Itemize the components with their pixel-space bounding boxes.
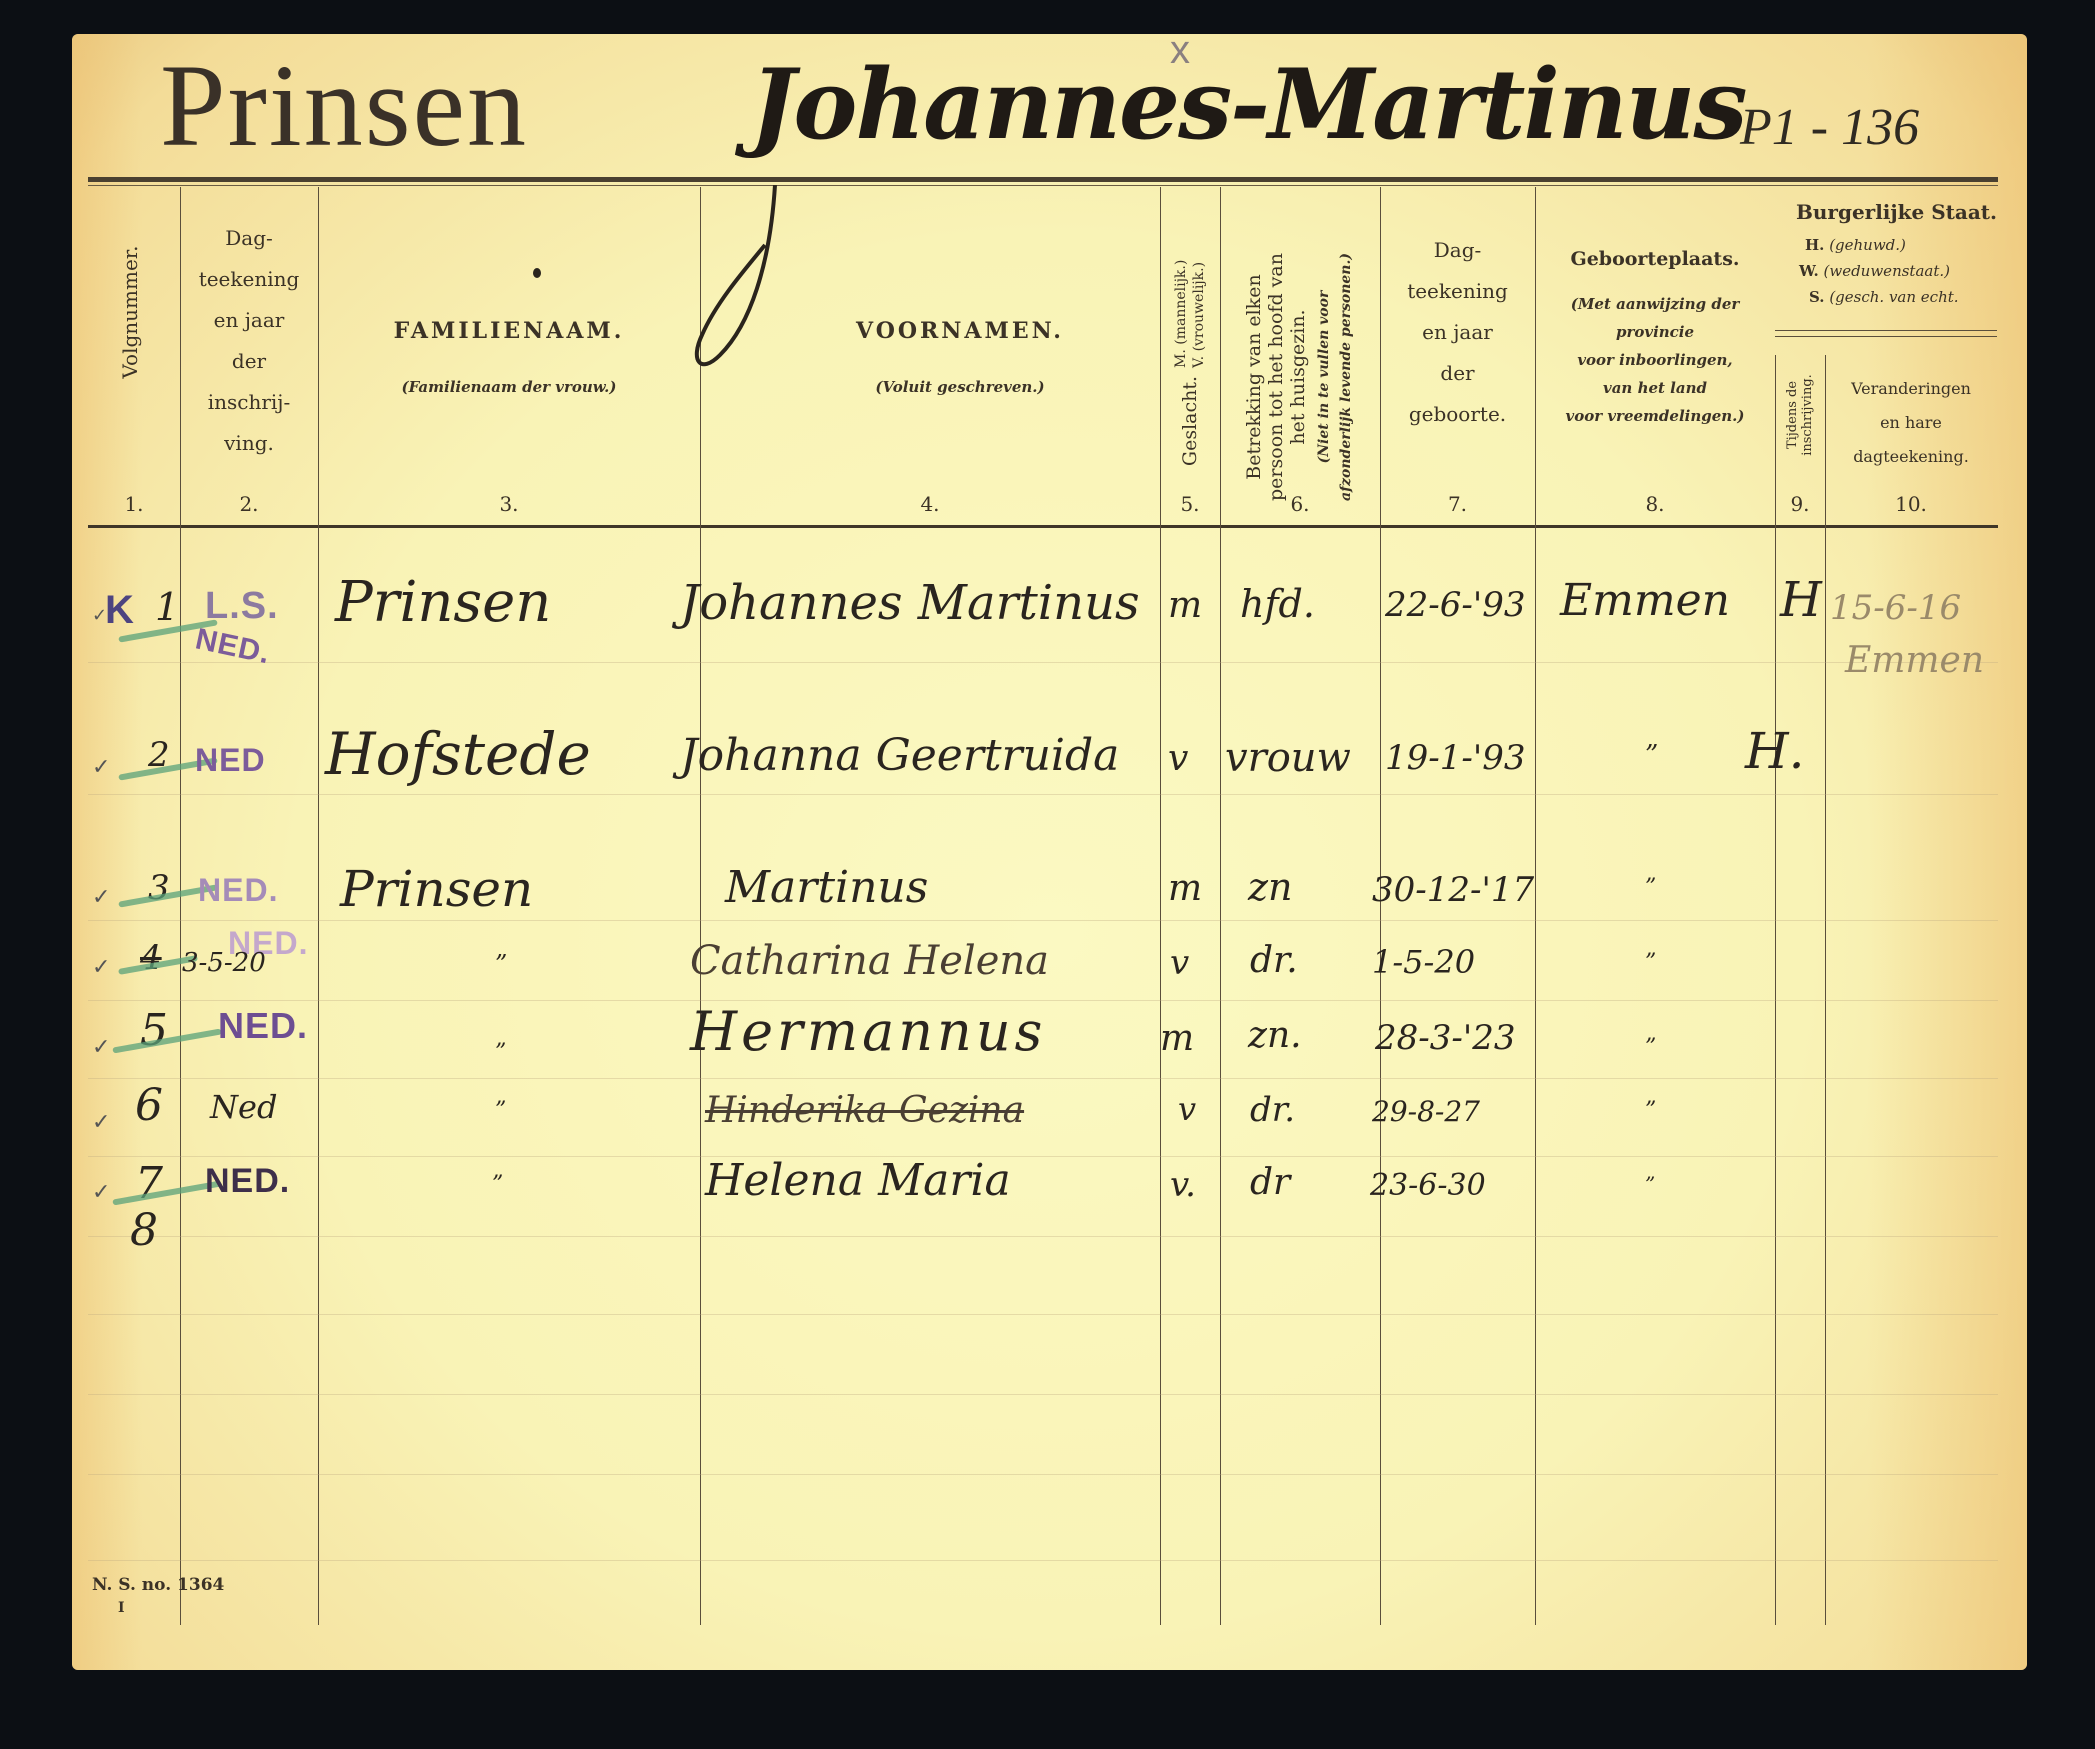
row-4-voornamen: Catharina Helena (690, 938, 1049, 984)
row-1-staat: H (1780, 572, 1822, 628)
row-5-geboorteplaats: ” (1645, 1035, 1656, 1060)
row-3-geslacht: m (1168, 868, 1202, 909)
row-1-veranderingen: 15-6-16 (1830, 588, 1961, 628)
header-top-rule-thin (88, 185, 1998, 186)
row-2-geslacht: v (1168, 738, 1188, 779)
form-number-sub: I (118, 1600, 125, 1616)
row-7-geslacht: v. (1170, 1165, 1196, 1205)
row-3-check: ✓ (92, 885, 110, 910)
row-1-betrekking: hfd. (1240, 582, 1315, 626)
row-1-veranderingen-note: Emmen (1845, 640, 1984, 681)
row-4-familienaam: ” (495, 950, 507, 978)
row-7-ned-stamp: NED. (205, 1162, 290, 1201)
column-divider (1775, 355, 1776, 1625)
header-burgerlijke-staat: Burgerlijke Staat. (1775, 200, 2001, 224)
row-1-geslacht: m (1168, 585, 1202, 626)
header-num-3: 3. (318, 492, 700, 516)
row-7-voornamen: Helena Maria (705, 1155, 1011, 1206)
header-veranderingen: Veranderingen en hare dagteekening. (1825, 372, 1997, 474)
header-num-1: 1. (88, 492, 180, 516)
header-voornamen: VOORNAMEN. (760, 318, 1160, 344)
header-bottom-rule (88, 525, 1998, 528)
header-num-5: 5. (1160, 492, 1220, 516)
header-geslacht: Geslacht. (1179, 361, 1201, 481)
row-6-geboorteplaats: ” (1645, 1098, 1656, 1123)
header-dagteekening-geboorte: Dag- teekening en jaar der geboorte. (1380, 230, 1535, 435)
card-reference: P1 - 136 (1740, 98, 1919, 157)
header-num-7: 7. (1380, 492, 1535, 516)
column-divider (1160, 187, 1161, 1625)
row-3-familienaam: Prinsen (340, 860, 533, 918)
row-1-volgnummer: 1 (155, 585, 179, 629)
header-familienaam-sub: (Familienaam der vrouw.) (318, 378, 700, 396)
header-num-10: 10. (1825, 492, 1997, 516)
row-7-betrekking: dr (1250, 1162, 1290, 1203)
row-2-voornamen: Johanna Geertruida (680, 730, 1119, 781)
row-1-geboorteplaats: Emmen (1560, 575, 1730, 626)
header-burgerlijke-staat-legend: H. (gehuwd.) W. (weduwenstaat.) S. (gesc… (1785, 232, 1997, 310)
row-3-geboorteplaats: ” (1645, 875, 1656, 900)
header-voornamen-sub: (Voluit geschreven.) (760, 378, 1160, 396)
column-divider (1220, 187, 1221, 1625)
row-4-volgnummer: 4 (140, 938, 162, 978)
row-6-inschrijving: Ned (210, 1088, 277, 1126)
row-3-ned-stamp: NED. (198, 872, 278, 909)
row-6-volgnummer: 6 (135, 1080, 163, 1131)
row-3-betrekking: zn (1248, 865, 1293, 909)
row-5-ned-stamp: NED. (218, 1005, 308, 1047)
row-7-volgnummer-extra: 8 (130, 1205, 158, 1256)
row-4-geboorteplaats: ” (1645, 950, 1656, 975)
row-7-volgnummer: 7 (135, 1158, 163, 1209)
row-4-check: ✓ (92, 955, 110, 980)
row-3-geboorte: 30-12-'17 (1372, 870, 1534, 910)
row-2-betrekking: vrouw (1225, 735, 1351, 781)
row-5-check: ✓ (92, 1035, 110, 1060)
card-given-names: Johannes-Martinus (750, 48, 1746, 161)
header-num-8: 8. (1535, 492, 1775, 516)
row-5-betrekking: zn. (1248, 1015, 1302, 1056)
row-7-geboorte: 23-6-30 (1370, 1168, 1486, 1203)
header-num-2: 2. (180, 492, 318, 516)
row-1-familienaam: Prinsen (335, 570, 551, 635)
row-5-volgnummer: 5 (140, 1005, 168, 1056)
header-geboorteplaats-sub: (Met aanwijzing der provincie voor inboo… (1535, 290, 1775, 430)
row-7-geboorteplaats: ” (1645, 1172, 1655, 1196)
row-5-familienaam: ” (495, 1040, 506, 1065)
header-num-4: 4. (700, 492, 1160, 516)
staat-divider (1775, 336, 1997, 337)
row-7-familienaam: ” (492, 1172, 503, 1197)
header-volgnummer: Volgnummer. (118, 232, 142, 392)
row-2-geboorte: 19-1-'93 (1385, 738, 1525, 778)
row-3-voornamen: Martinus (725, 862, 928, 913)
row-1-voornamen: Johannes Martinus (680, 575, 1140, 631)
row-6-familienaam: ” (495, 1098, 506, 1123)
row-2-familienaam: Hofstede (325, 720, 591, 788)
column-divider (700, 187, 701, 1625)
row-7-check: ✓ (92, 1180, 110, 1205)
registration-card (72, 34, 2027, 1670)
header-top-rule (88, 177, 1998, 182)
row-1-inschrijving-stamp: L.S. (205, 585, 279, 628)
row-6-betrekking: dr. (1250, 1090, 1295, 1130)
row-2-check: ✓ (92, 755, 110, 780)
header-geboorteplaats: Geboorteplaats. (1535, 248, 1775, 270)
row-6-geboorte: 29-8-27 (1372, 1095, 1480, 1128)
row-1-geboorte: 22-6-'93 (1385, 585, 1525, 625)
column-divider (1825, 355, 1826, 1625)
row-4-geslacht: v (1170, 943, 1189, 983)
row-4-betrekking: dr. (1250, 940, 1298, 981)
ink-dot (533, 268, 541, 278)
header-tijdens-inschrijving: Tijdens de inschrijving. (1785, 355, 1815, 475)
row-2-staat: H. (1745, 722, 1805, 780)
header-geslacht-sub: M. (mannelijk.) V. (vrouwelijk.) (1172, 158, 1208, 368)
header-num-9: 9. (1775, 492, 1825, 516)
header-betrekking: Betrekking van elken persoon tot het hoo… (1243, 237, 1357, 517)
row-4-inschrijving: 3-5-20 (182, 948, 266, 978)
row-6-geslacht: v (1178, 1090, 1196, 1128)
header-dagteekening-inschrijving: Dag- teekening en jaar der inschrij- vin… (180, 218, 318, 464)
row-4-geboorte: 1-5-20 (1372, 943, 1475, 981)
row-5-geslacht: m (1160, 1018, 1194, 1059)
form-number: N. S. no. 1364 (92, 1575, 224, 1595)
header-num-6: 6. (1220, 492, 1380, 516)
flourish-j (690, 185, 810, 385)
row-2-ned-stamp: NED (195, 742, 266, 779)
staat-divider (1775, 330, 1997, 331)
card-surname: Prinsen (160, 38, 528, 174)
column-divider (318, 187, 319, 1625)
corner-mark: x (1170, 28, 1190, 73)
row-1-mark: K (105, 588, 135, 633)
row-6-check: ✓ (92, 1110, 110, 1135)
row-5-voornamen: Hermannus (690, 1000, 1046, 1063)
row-2-geboorteplaats: ” (1645, 740, 1658, 770)
row-5-geboorte: 28-3-'23 (1375, 1018, 1515, 1058)
row-6-voornamen: Hinderika Gezina (705, 1090, 1024, 1131)
header-familienaam: FAMILIENAAM. (318, 318, 700, 344)
